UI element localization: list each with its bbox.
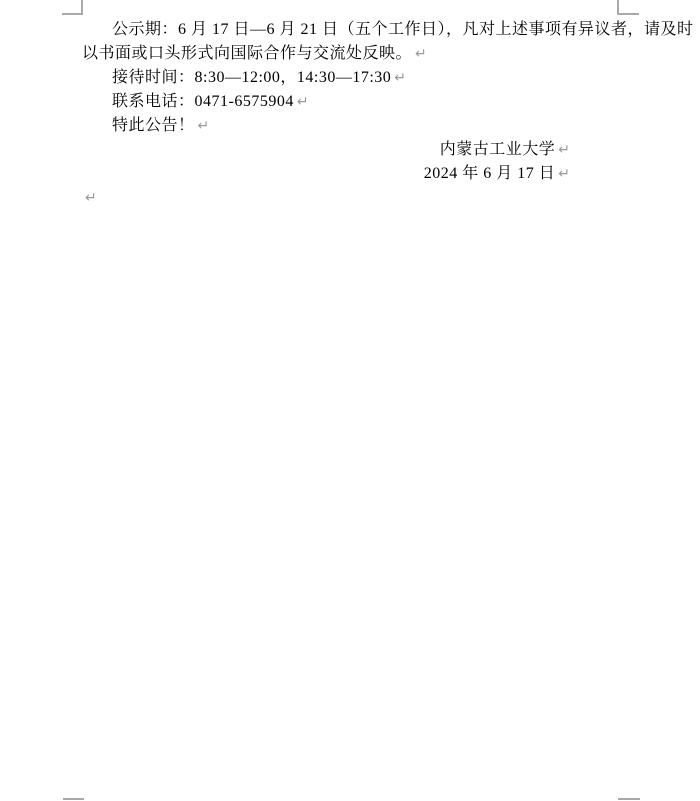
paragraph-line-6-signature[interactable]: 内蒙古工业大学↵ [82, 138, 619, 162]
document-text-area[interactable]: 公示期：6 月 17 日—6 月 21 日（五个工作日），凡对上述事项有异议者，… [82, 18, 619, 210]
paragraph-text[interactable]: 公示期：6 月 17 日—6 月 21 日（五个工作日），凡对上述事项有异议者，… [112, 21, 694, 38]
paragraph-line-2[interactable]: 以书面或口头形式向国际合作与交流处反映。↵ [82, 42, 619, 66]
paragraph-mark-icon: ↵ [198, 118, 210, 134]
paragraph-line-4[interactable]: 联系电话：0471-6575904↵ [82, 90, 619, 114]
paragraph-mark-icon: ↵ [415, 46, 427, 62]
paragraph-mark-icon: ↵ [558, 166, 570, 182]
paragraph-line-8-empty[interactable]: ↵ [82, 186, 619, 210]
paragraph-text[interactable]: 以书面或口头形式向国际合作与交流处反映。 [82, 45, 412, 62]
word-page: 公示期：6 月 17 日—6 月 21 日（五个工作日），凡对上述事项有异议者，… [0, 0, 700, 801]
paragraph-line-3[interactable]: 接待时间：8:30—12:00，14:30—17:30↵ [82, 66, 619, 90]
paragraph-text[interactable]: 内蒙古工业大学 [440, 141, 556, 158]
paragraph-text[interactable]: 接待时间：8:30—12:00，14:30—17:30 [112, 69, 391, 86]
paragraph-line-1[interactable]: 公示期：6 月 17 日—6 月 21 日（五个工作日），凡对上述事项有异议者，… [82, 18, 619, 42]
paragraph-text[interactable]: 特此公告！ [112, 117, 195, 134]
paragraph-mark-icon: ↵ [297, 94, 309, 110]
crop-mark-bottom-left-horizontal [63, 798, 84, 800]
paragraph-mark-icon: ↵ [558, 142, 570, 158]
paragraph-line-5[interactable]: 特此公告！↵ [82, 114, 619, 138]
paragraph-text[interactable]: 2024 年 6 月 17 日 [424, 165, 556, 182]
crop-mark-top-right-horizontal [617, 13, 639, 15]
crop-mark-bottom-right-horizontal [618, 798, 640, 800]
paragraph-line-7-date[interactable]: 2024 年 6 月 17 日↵ [82, 162, 619, 186]
crop-mark-top-left-horizontal [62, 13, 83, 15]
paragraph-mark-icon: ↵ [394, 70, 406, 86]
paragraph-text[interactable]: 联系电话：0471-6575904 [112, 93, 294, 110]
paragraph-mark-icon: ↵ [85, 190, 97, 206]
